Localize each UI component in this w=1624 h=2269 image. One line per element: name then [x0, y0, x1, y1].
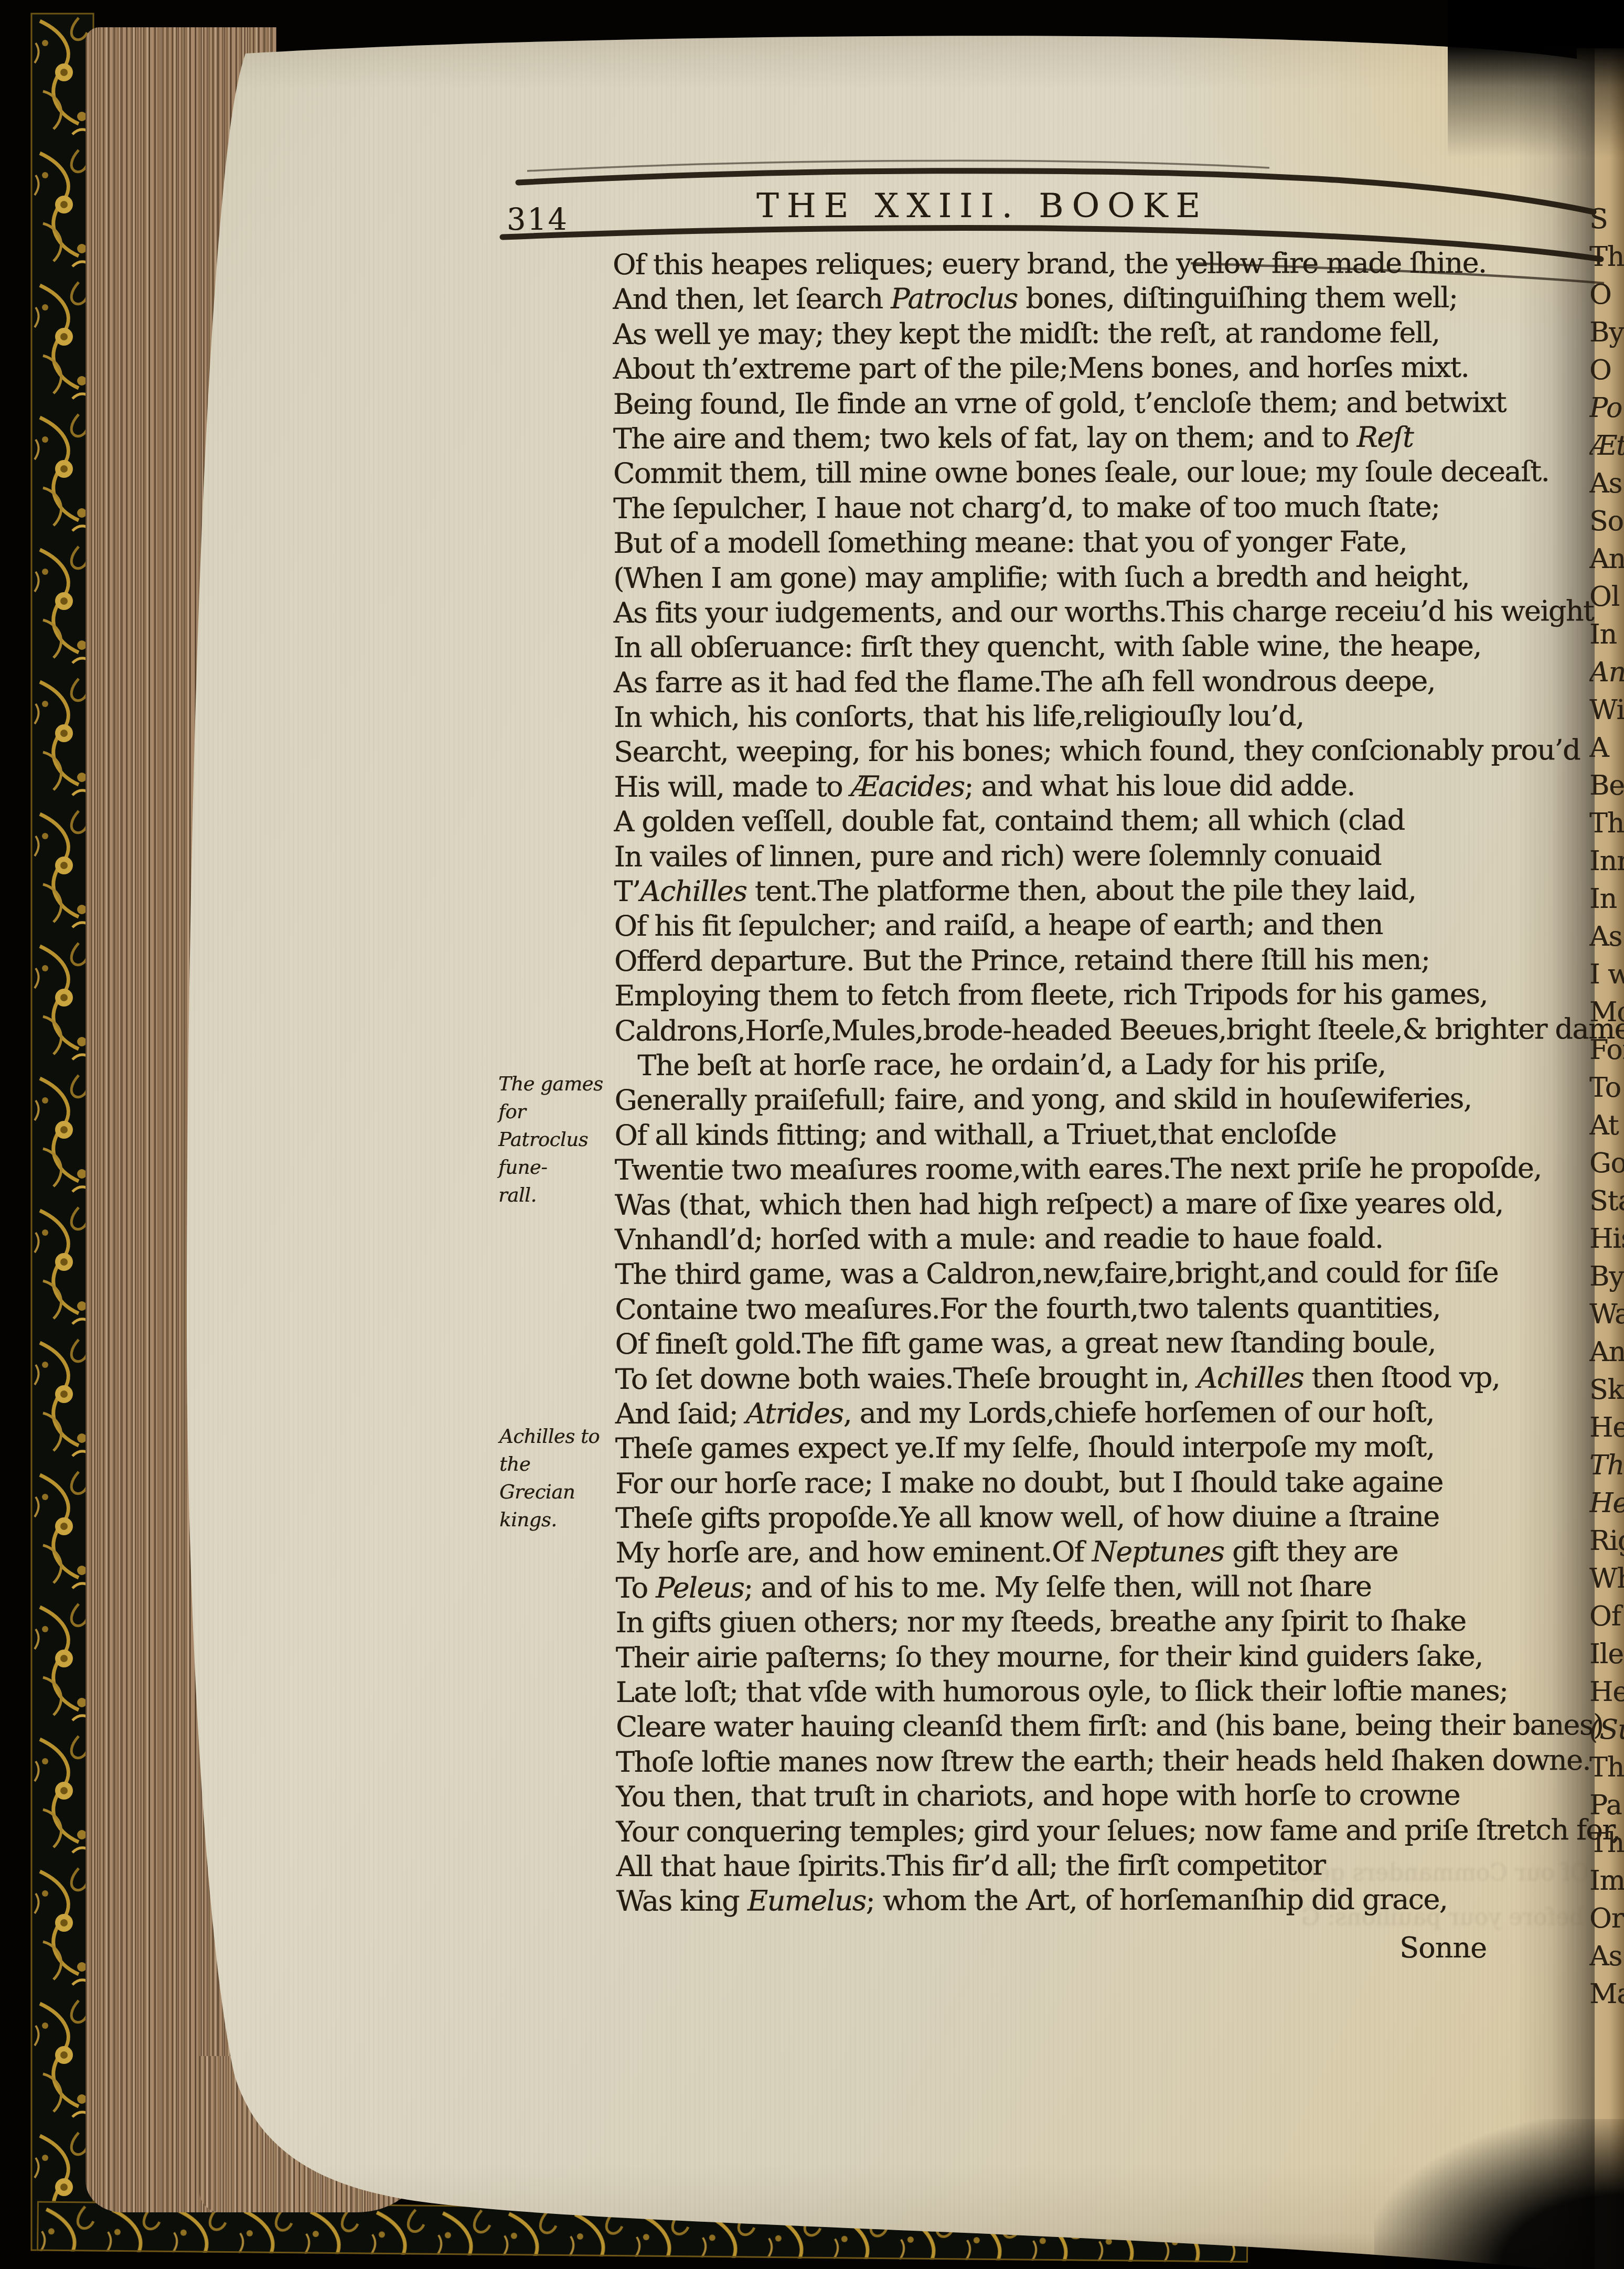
text-segment: Peleus — [656, 1571, 744, 1604]
sliver-fragment: As — [1589, 465, 1624, 502]
margin-note-line: Patroclus fune- — [498, 1126, 624, 1181]
sliver-fragment: O — [1589, 351, 1624, 389]
sliver-fragment: Wit — [1589, 691, 1624, 729]
text-segment: To — [615, 1571, 656, 1604]
poem-line: But of a modell ſomething meane: that yo… — [613, 524, 1624, 561]
text-segment: All that haue ſpirits.This fir’d all; th… — [616, 1848, 1325, 1883]
text-segment: Being found, Ile finde an vrne of gold, … — [613, 386, 1506, 421]
page-number: 314 — [507, 202, 569, 237]
poem-line: Of his fit ſepulcher; and raiſd, a heape… — [614, 907, 1624, 944]
text-segment: Thoſe loftie manes now ſtrew the earth; … — [616, 1743, 1590, 1779]
sliver-fragment: A — [1589, 729, 1624, 767]
sliver-fragment: Th — [1589, 1749, 1624, 1786]
sliver-fragment: The — [1589, 805, 1624, 842]
text-segment: Commit them, till mine owne bones ſeale,… — [613, 455, 1549, 490]
poem-line: In all obſeruance: firſt they quencht, w… — [614, 628, 1624, 666]
sliver-fragment: For — [1589, 1031, 1624, 1069]
poem-line: Containe two meaſures.For the fourth,two… — [615, 1290, 1624, 1328]
sliver-fragment: Her — [1589, 1673, 1624, 1711]
text-segment: About th’extreme part of the pile;Mens b… — [613, 351, 1469, 386]
margin-note-games: The games forPatroclus fune-rall. — [498, 1070, 624, 1209]
sliver-fragment: An — [1589, 654, 1624, 691]
text-segment: Their airie paſterns; ſo they mourne, fo… — [616, 1639, 1483, 1674]
text-segment: Theſe games expect ye.If my ſelfe, ſhoul… — [615, 1430, 1435, 1465]
text-segment: Vnhandl’d; horſed with a mule: and readi… — [615, 1222, 1383, 1256]
poem-line: Of all kinds fitting; and withall, a Tri… — [614, 1116, 1624, 1153]
text-segment: Late loſt; that vſde with humorous oyle,… — [616, 1674, 1508, 1709]
text-segment: ; and what his loue did adde. — [964, 769, 1354, 803]
text-segment: Reſt — [1356, 421, 1413, 454]
text-segment: Generally praiſefull; faire, and yong, a… — [614, 1082, 1471, 1117]
sliver-fragment: S — [1589, 200, 1624, 238]
sliver-fragment: Im — [1589, 1862, 1624, 1900]
sliver-fragment: Belo — [1589, 767, 1624, 805]
text-segment: Atrides — [745, 1397, 843, 1430]
sliver-fragment: An — [1589, 1333, 1624, 1371]
sliver-fragment: Rig — [1589, 1522, 1624, 1560]
text-segment: Of his fit ſepulcher; and raiſd, a heape… — [614, 908, 1383, 943]
poem-line: Of fineſt gold.The fift game was, a grea… — [615, 1325, 1624, 1362]
poem-line: Was (that, which then had high reſpect) … — [615, 1185, 1624, 1223]
poem-line: T’Achilles tent.The platforme then, abou… — [614, 872, 1624, 909]
poem-line: You then, that truſt in chariots, and ho… — [616, 1778, 1624, 1815]
text-segment: And then, let ſearch — [613, 282, 891, 316]
sliver-fragment: Pa — [1589, 1786, 1624, 1824]
poem-line: In gifts giuen others; nor my ſteeds, br… — [615, 1603, 1624, 1641]
sliver-fragment: His — [1589, 1220, 1624, 1258]
text-segment: ; whom the Art, of horſemanſhip did grac… — [866, 1883, 1447, 1917]
poem-line: In which, his conſorts, that his life,re… — [614, 698, 1624, 735]
poem-line: Was king Eumelus; whom the Art, of horſe… — [616, 1882, 1624, 1919]
poem-line: In vailes of linnen, pure and rich) were… — [614, 837, 1624, 874]
text-segment: Neptunes — [1092, 1535, 1224, 1569]
text-segment: Cleare water hauing cleanſd them firſt: … — [616, 1708, 1603, 1743]
text-segment: You then, that truſt in chariots, and ho… — [616, 1779, 1460, 1813]
margin-note-achilles: Achilles to theGrecian kings. — [499, 1422, 625, 1534]
poem-line: Cleare water hauing cleanſd them firſt: … — [616, 1708, 1624, 1745]
sliver-fragment: Skil — [1589, 1371, 1624, 1409]
poem-line: Late loſt; that vſde with humorous oyle,… — [616, 1673, 1624, 1710]
sliver-fragment: At — [1589, 1107, 1624, 1144]
poem-line: Commit them, till mine owne bones ſeale,… — [613, 454, 1624, 491]
poem-line: Of this heapes reliques; euery brand, th… — [613, 245, 1624, 283]
poem-line: The aire and them; two kels of fat, lay … — [613, 420, 1624, 457]
sliver-fragment: Po — [1589, 389, 1624, 427]
text-segment: The aire and them; two kels of fat, lay … — [613, 421, 1357, 455]
margin-note-line: Achilles to the — [499, 1422, 625, 1478]
poem-line: For our horſe race; I make no doubt, but… — [615, 1464, 1624, 1502]
poem-line: Their airie paſterns; ſo they mourne, fo… — [616, 1638, 1624, 1675]
text-segment: In which, his conſorts, that his life,re… — [614, 699, 1304, 734]
sliver-fragment: As — [1589, 918, 1624, 956]
sliver-fragment: I w — [1589, 956, 1624, 993]
text-segment: T’ — [614, 875, 640, 908]
text-segment: A golden veſſell, double fat, containd t… — [614, 804, 1404, 838]
poem-line: As well ye may; they kept the midſt: the… — [613, 315, 1624, 352]
text-segment: Of fineſt gold.The fift game was, a grea… — [615, 1326, 1436, 1361]
poem-line: Offerd departure. But the Prince, retain… — [614, 942, 1624, 979]
sliver-fragment: Inn — [1589, 842, 1624, 880]
text-segment: (When I am gone) may amplifie; with ſuch… — [613, 560, 1469, 594]
text-segment: Caldrons,Horſe,Mules,brode-headed Beeues… — [614, 1012, 1624, 1047]
text-segment: ; and of his to me. My ſelfe then, will … — [744, 1570, 1371, 1604]
poem-line: Twentie two meaſures roome,with eares.Th… — [615, 1151, 1624, 1188]
poem-line: Thoſe loftie manes now ſtrew the earth; … — [616, 1743, 1624, 1780]
poem-line: The beſt at horſe race, he ordain’d, a L… — [614, 1046, 1624, 1084]
sliver-fragment: By s — [1589, 1258, 1624, 1296]
text-segment: Offerd departure. But the Prince, retain… — [614, 943, 1430, 978]
sliver-fragment: Æt — [1589, 427, 1624, 465]
poem-line: A golden veſſell, double fat, containd t… — [614, 802, 1624, 840]
sliver-fragment: Go — [1589, 1144, 1624, 1182]
text-segment: His will, made to — [614, 770, 850, 804]
poem-text: Of this heapes reliques; euery brand, th… — [613, 245, 1624, 1919]
text-segment: then ſtood vp, — [1304, 1361, 1500, 1394]
sliver-fragment: An — [1589, 540, 1624, 578]
text-segment: Employing them to fetch from fleete, ric… — [614, 978, 1488, 1012]
poem-line: Caldrons,Horſe,Mules,brode-headed Beeues… — [614, 1011, 1624, 1048]
text-segment: Twentie two meaſures roome,with eares.Th… — [615, 1151, 1542, 1186]
sliver-fragment: Ile g — [1589, 1635, 1624, 1673]
running-header: THE XXIII. BOOKE — [756, 187, 1208, 226]
text-segment: gift they are — [1224, 1535, 1398, 1568]
poem-line: To Peleus; and of his to me. My ſelfe th… — [615, 1569, 1624, 1606]
sliver-fragment: (Su — [1589, 1711, 1624, 1749]
sliver-fragment: To — [1589, 1069, 1624, 1107]
facing-page-text-sliver: SThOByOPoÆtAsSoAnOlInAnWitABeloTheInnIn … — [1589, 200, 1624, 2068]
text-segment: In gifts giuen others; nor my ſteeds, br… — [615, 1604, 1466, 1639]
text-segment: Of all kinds fitting; and withall, a Tri… — [614, 1117, 1336, 1152]
text-segment: Of this heapes reliques; euery brand, th… — [613, 247, 1486, 281]
text-segment: Your conquering temples; gird your ſelue… — [616, 1813, 1620, 1848]
sliver-fragment: Of — [1589, 1598, 1624, 1635]
sliver-fragment: Th — [1589, 1824, 1624, 1862]
text-segment: Achilles — [1197, 1361, 1304, 1394]
text-segment: The beſt at horſe race, he ordain’d, a L… — [637, 1047, 1385, 1082]
text-segment: As well ye may; they kept the midſt: the… — [613, 316, 1439, 350]
text-segment: Patroclus — [891, 282, 1018, 316]
sliver-fragment: He — [1589, 1409, 1624, 1447]
poem-line: About th’extreme part of the pile;Mens b… — [613, 350, 1624, 387]
poem-line: And then, let ſearch Patroclus bones, di… — [613, 280, 1624, 317]
text-segment: As fits your iudgements, and our worths.… — [613, 594, 1594, 629]
text-segment: But of a modell ſomething meane: that yo… — [613, 525, 1407, 560]
text-segment: As farre as it had fed the flame.The aſh… — [614, 664, 1435, 699]
sliver-fragment: Wa — [1589, 1296, 1624, 1333]
text-segment: To ſet downe both waies.Theſe brought in… — [615, 1361, 1197, 1395]
text-segment: And ſaid; — [615, 1397, 746, 1430]
margin-note-line: The games for — [498, 1070, 624, 1126]
poem-line: Vnhandl’d; horſed with a mule: and readi… — [615, 1221, 1624, 1258]
margin-note-line: rall. — [498, 1181, 624, 1209]
margin-note-line: Grecian kings. — [499, 1478, 625, 1534]
text-segment: , and my Lords,chiefe horſemen of our ho… — [843, 1396, 1434, 1430]
gilt-binding-border-left — [30, 13, 94, 2251]
poem-line: Theſe gifts propoſde.Ye all know well, o… — [615, 1499, 1624, 1536]
poem-line: Searcht, weeping, for his bones; which f… — [614, 733, 1624, 770]
text-segment: In all obſeruance: firſt they quencht, w… — [614, 629, 1481, 664]
text-segment: For our horſe race; I make no doubt, but… — [615, 1465, 1443, 1500]
poem-line: His will, made to Æacides; and what his … — [614, 768, 1624, 805]
text-segment: Was king — [616, 1885, 747, 1918]
sliver-fragment: Thi — [1589, 1447, 1624, 1484]
sliver-fragment: Stan — [1589, 1182, 1624, 1220]
poem-line: Employing them to fetch from fleete, ric… — [614, 977, 1624, 1014]
poem-line: Generally praiſefull; faire, and yong, a… — [614, 1081, 1624, 1118]
sliver-fragment: Mar — [1589, 1975, 1624, 2013]
poem-line: My horſe are, and how eminent.Of Neptune… — [615, 1534, 1624, 1571]
poem-line: The ſepulcher, I haue not charg’d, to ma… — [613, 489, 1624, 527]
text-segment: bones, diſtinguiſhing them well; — [1018, 281, 1458, 315]
shadow-top-right — [1448, 0, 1624, 157]
poem-line: As fits your iudgements, and our worths.… — [613, 594, 1624, 631]
text-segment: The third game, was a Caldron,new,faire,… — [615, 1256, 1498, 1291]
text-segment: tent.The platforme then, about the pile … — [746, 873, 1416, 908]
text-segment: Theſe gifts propoſde.Ye all know well, o… — [615, 1500, 1439, 1535]
text-segment: Containe two meaſures.For the fourth,two… — [615, 1291, 1440, 1325]
text-segment: Was (that, which then had high reſpect) … — [615, 1186, 1503, 1222]
sliver-fragment: As — [1589, 1938, 1624, 1975]
poem-line: The third game, was a Caldron,new,faire,… — [615, 1255, 1624, 1292]
sliver-fragment: Wh — [1589, 1560, 1624, 1598]
text-segment: In vailes of linnen, pure and rich) were… — [614, 839, 1381, 873]
poem-line: Being found, Ile finde an vrne of gold, … — [613, 384, 1624, 422]
sliver-fragment: O — [1589, 276, 1624, 314]
poem-line: (When I am gone) may amplifie; with ſuch… — [613, 559, 1624, 596]
text-segment: Searcht, weeping, for his bones; which f… — [614, 734, 1580, 769]
text-segment: Æacides — [850, 769, 964, 802]
shadow-bottom-right — [1374, 2119, 1624, 2269]
text-segment: My horſe are, and how eminent.Of — [615, 1536, 1092, 1570]
sliver-fragment: In a — [1589, 880, 1624, 918]
poem-line: As farre as it had fed the flame.The aſh… — [614, 663, 1624, 701]
sliver-fragment: Ol — [1589, 578, 1624, 616]
poem-line: Your conquering temples; gird your ſelue… — [616, 1812, 1624, 1849]
catchword: Sonne — [1399, 1931, 1487, 1964]
sliver-fragment: Th — [1589, 238, 1624, 276]
sliver-fragment: So — [1589, 502, 1624, 540]
poem-line: Theſe games expect ye.If my ſelfe, ſhoul… — [615, 1429, 1624, 1467]
text-segment: Achilles — [640, 874, 746, 907]
text-segment: Eumelus — [747, 1884, 866, 1917]
text-segment: The ſepulcher, I haue not charg’d, to ma… — [613, 490, 1439, 525]
poem-line: And ſaid; Atrides, and my Lords,chiefe h… — [615, 1395, 1624, 1432]
poem-line: All that haue ſpirits.This fir’d all; th… — [616, 1847, 1624, 1885]
sliver-fragment: In — [1589, 616, 1624, 654]
book-photograph: { "page": { "number": "314", "running_he… — [0, 0, 1624, 2269]
sliver-fragment: Or — [1589, 1900, 1624, 1938]
sliver-fragment: Mo — [1589, 993, 1624, 1031]
sliver-fragment: By — [1589, 314, 1624, 351]
sliver-fragment: Heb — [1589, 1484, 1624, 1522]
poem-line: To ſet downe both waies.Theſe brought in… — [615, 1360, 1624, 1397]
